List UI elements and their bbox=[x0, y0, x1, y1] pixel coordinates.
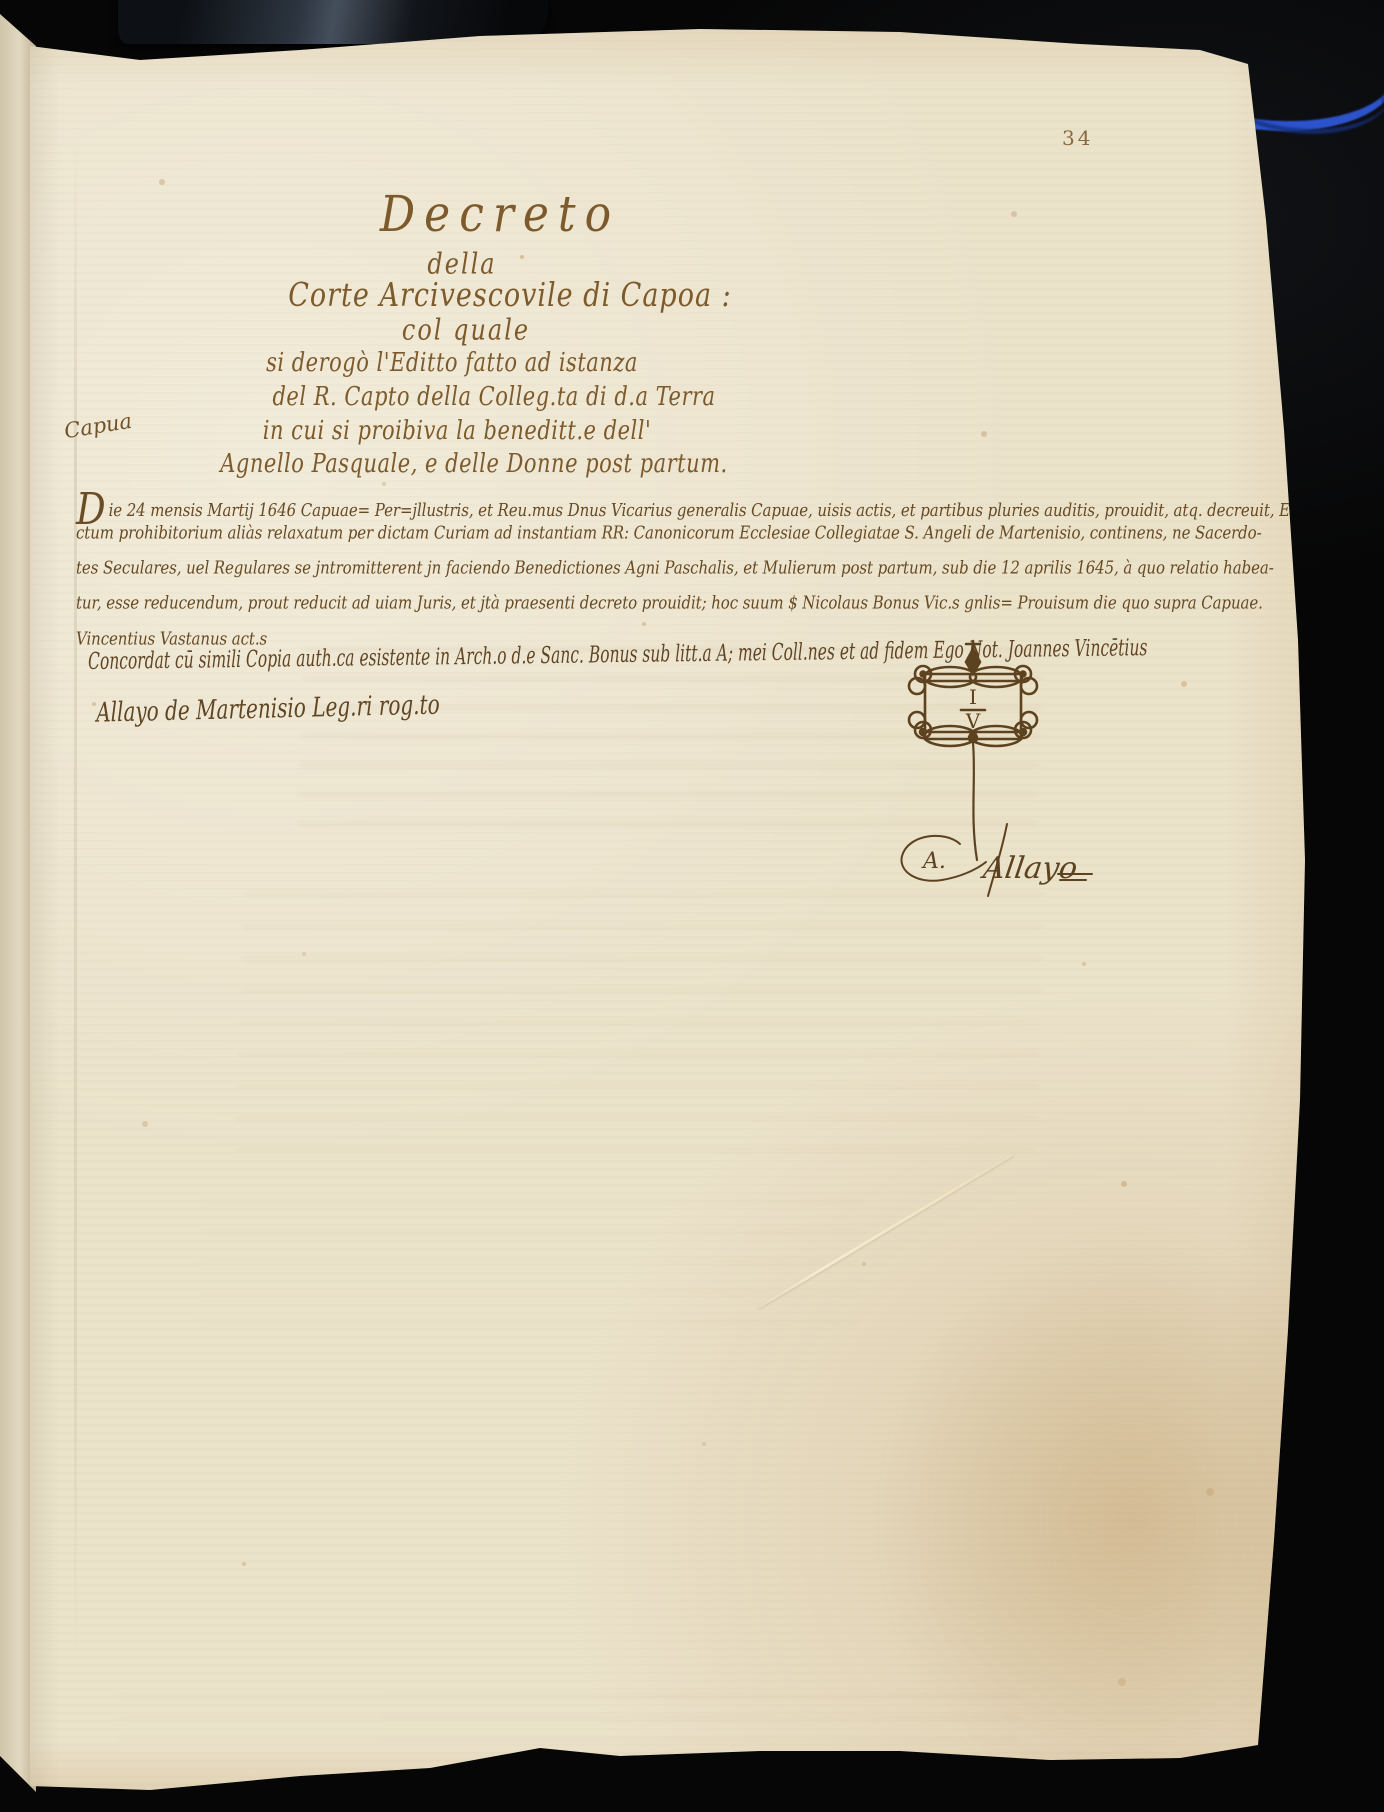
title-line-8: Agnello Pasquale, e delle Donne post par… bbox=[124, 448, 824, 478]
body-line: ctum prohibitorium aliàs relaxatum per d… bbox=[76, 522, 1262, 543]
fold-crease bbox=[74, 140, 77, 1660]
title-line-6: del R. Capto della Colleg.ta di d.a Terr… bbox=[144, 381, 844, 411]
title-line-1: Decreto bbox=[150, 186, 850, 243]
body-line: tes Seculares, uel Regulares se jntromit… bbox=[76, 557, 1274, 578]
title-line-3: Corte Arcivescovile di Capoa : bbox=[160, 277, 860, 314]
notary-letter-bottom: V bbox=[965, 709, 981, 733]
title-line-2: della bbox=[112, 247, 812, 281]
signature-name: Allayo bbox=[978, 851, 1080, 886]
show-through-text bbox=[197, 1200, 862, 1350]
title-line-7: in cui si proibiva la beneditt.e dell' bbox=[107, 415, 807, 445]
notary-letter-top: I bbox=[969, 685, 977, 709]
signature-initial: A. bbox=[921, 849, 946, 874]
body-line: tur, esse reducendum, prout reducit ad u… bbox=[76, 592, 1263, 613]
folio-number: 34 bbox=[1062, 126, 1093, 150]
manuscript-photo: 34 Decreto della Corte Arcivescovile di … bbox=[0, 0, 1384, 1812]
notary-signature: A. Allayo bbox=[890, 822, 1100, 902]
title-line-4: col quale bbox=[116, 313, 816, 347]
manuscript-page: 34 Decreto della Corte Arcivescovile di … bbox=[0, 0, 1384, 1812]
show-through-text bbox=[235, 880, 1045, 1180]
body-line-text: ie 24 mensis Martij 1646 Capuae= Per=jll… bbox=[109, 499, 1310, 520]
title-line-5: si derogò l'Editto fatto ad istanza bbox=[102, 347, 802, 377]
